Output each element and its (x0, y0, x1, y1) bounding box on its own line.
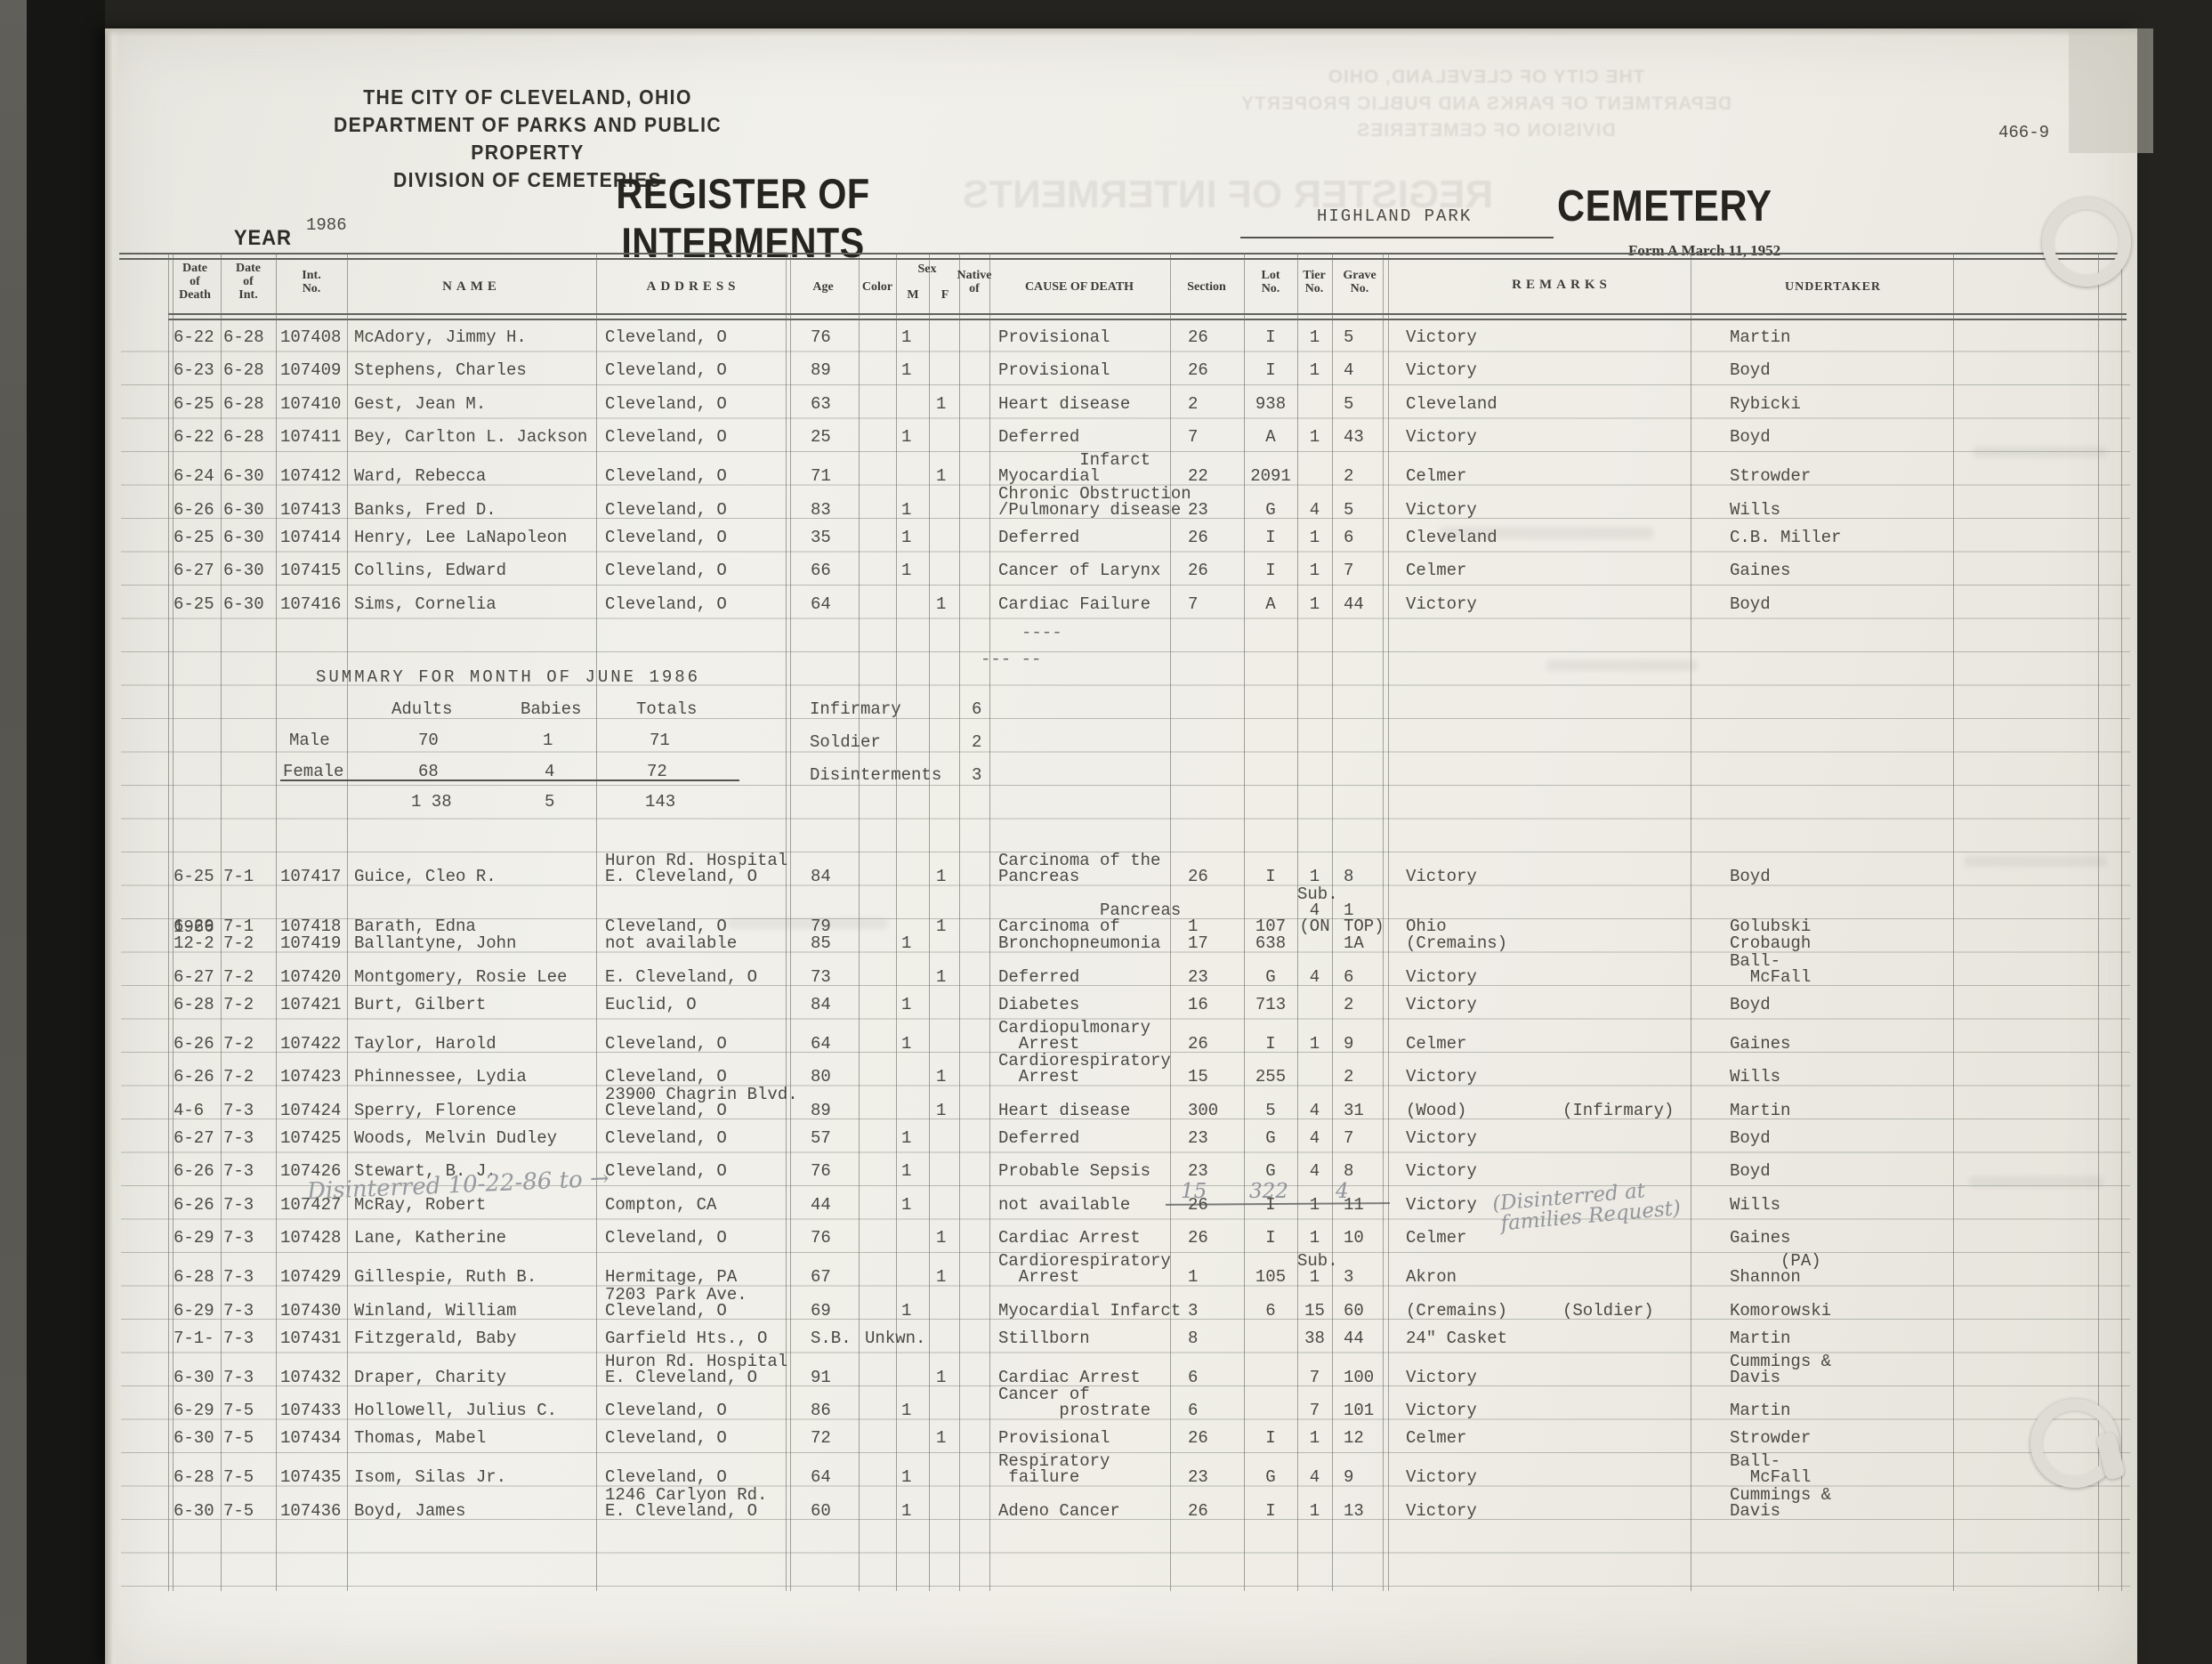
table-row: 6-29 7-3 107428 Lane, Katherine Clevelan… (170, 1220, 1953, 1254)
monthly-summary: SUMMARY FOR MONTH OF JUNE 1986 Adults Ba… (170, 669, 1953, 852)
summary-total-rule (280, 779, 739, 781)
binder-ring-top (2042, 198, 2131, 287)
cell-color (859, 612, 896, 619)
col-header-sex: Sex (918, 263, 937, 276)
cell-native-of (959, 1013, 989, 1020)
cell-interment-number: 107421 (276, 997, 347, 1020)
summary-title: SUMMARY FOR MONTH OF JUNE 1986 (316, 669, 700, 685)
cell-date-of-death: 6-27 (170, 562, 221, 586)
table-row: 6-30 7-5 107434 Thomas, Mabel Cleveland,… (170, 1420, 1953, 1454)
table-row: 6-29 7-1 107418 Barath, Edna Cleveland, … (170, 886, 1953, 920)
cell-sex-male (896, 1246, 929, 1253)
cell-age: 76 (787, 329, 859, 352)
cell-date-of-death: 6-23 (170, 362, 221, 385)
cell-color (859, 1519, 896, 1526)
cell-name: Gest, Jean M. (347, 396, 596, 419)
cell-name: Burt, Gilbert (347, 997, 596, 1020)
col-header-lot-number: Lot No. (1262, 269, 1280, 295)
remark-text: Celmer (1406, 468, 1562, 484)
cell-cause-of-death: Probable Sepsis (989, 1163, 1170, 1186)
cell-tier: 1 (1297, 562, 1332, 586)
cell-remarks: Celmer (1388, 562, 1691, 586)
cell-name: Bey, Carlton L. Jackson (347, 429, 596, 452)
remark-text: Victory (1406, 868, 1562, 885)
cell-undertaker: Boyd (1691, 429, 1953, 452)
cell-section: 26 (1170, 529, 1244, 553)
summary-female-babies: 4 (545, 763, 554, 779)
cell-date-of-interment: 7-2 (221, 997, 276, 1020)
cell-color (859, 578, 896, 586)
cemetery-word: CEMETERY (1557, 182, 1772, 231)
cell-name: McAdory, Jimmy H. (347, 329, 596, 352)
cell-native-of (959, 1519, 989, 1526)
cell-sex-female (929, 1346, 959, 1353)
form-note: Form A March 11, 1952 (1628, 242, 1780, 260)
cell-color (859, 1013, 896, 1020)
cell-remarks: Victory (1388, 329, 1691, 352)
cell-cause-of-death: Stillborn (989, 1330, 1170, 1353)
col-header-date-of-interment: Date of Int. (236, 262, 261, 302)
lot-text: 713 (1255, 995, 1286, 1014)
cell-interment-number: 107410 (276, 396, 347, 419)
section-text: 23 (1188, 1161, 1208, 1181)
cell-native-of (959, 1179, 989, 1186)
cell-tier (1297, 1013, 1332, 1020)
cell-color (859, 1213, 896, 1220)
cell-section: 8 (1170, 1330, 1244, 1353)
cell-age: 76 (787, 1230, 859, 1253)
cell-address: Cleveland, O (596, 1430, 787, 1453)
cell-name: Sims, Cornelia (347, 596, 596, 619)
cell-address: Euclid, O (596, 997, 787, 1020)
column-line (2121, 253, 2122, 1591)
cell-grave: 10 (1332, 1230, 1388, 1253)
cell-grave: 5 (1332, 329, 1388, 352)
cell-date-of-interment: 6-28 (221, 429, 276, 452)
lot-text: 5 (1265, 1101, 1275, 1120)
cell-name: McRay, Robert (347, 1197, 596, 1220)
cell-name: Collins, Edward (347, 562, 596, 586)
col-header-native-of: Native of (957, 269, 992, 295)
cell-address: Cleveland, O (596, 596, 787, 619)
cell-sex-female: 1 (929, 1230, 959, 1253)
cell-name: Lane, Katherine (347, 1230, 596, 1253)
cell-tier: 1 (1297, 596, 1332, 619)
col-header-date-of-death: Date of Death (179, 262, 211, 302)
cell-date-of-interment: 7-3 (221, 1230, 276, 1253)
cell-remarks: Cleveland (1388, 529, 1691, 553)
section-text: 26 (1188, 1428, 1208, 1448)
cell-address: Cleveland, O (596, 1163, 787, 1186)
cell-sex-female (929, 545, 959, 553)
summary-male-total: 71 (650, 732, 670, 748)
cell-grave: 4 (1332, 362, 1388, 385)
grave-text: 7 (1344, 1128, 1353, 1148)
cell-lot: A (1244, 596, 1297, 619)
remark-text: Victory (1406, 502, 1562, 518)
cell-sex-male: 1 (896, 362, 929, 385)
year-value: 1986 (306, 217, 347, 233)
cell-interment-number: 107414 (276, 529, 347, 553)
remark-text: Victory (1406, 362, 1562, 378)
col-header-age: Age (812, 280, 833, 294)
cell-color (859, 1146, 896, 1153)
cell-address: Cleveland, O (596, 396, 787, 419)
cell-cause-of-death: Deferred (989, 429, 1170, 452)
cell-sex-male: 1 (896, 1503, 929, 1526)
cell-date-of-death: 6-25 (170, 396, 221, 419)
cell-age: 76 (787, 1163, 859, 1186)
col-header-interment-number: Int. No. (302, 269, 320, 295)
remark-text: Victory (1406, 1469, 1562, 1485)
grave-text: 60 (1344, 1301, 1364, 1321)
cell-sex-female (929, 1179, 959, 1186)
cell-section: 26 (1170, 329, 1244, 352)
cell-native-of (959, 412, 989, 419)
cell-undertaker: Martin (1691, 1330, 1953, 1353)
cell-color (859, 445, 896, 452)
cell-undertaker: Boyd (1691, 596, 1953, 619)
cell-tier: 1 (1297, 329, 1332, 352)
col-header-address: ADDRESS (646, 280, 739, 294)
cell-remarks: Victory (1388, 997, 1691, 1020)
cell-cause-of-death: Cardiac Arrest (989, 1230, 1170, 1253)
cell-interment-number: 107425 (276, 1130, 347, 1153)
cell-sex-female: 1 (929, 596, 959, 619)
separator-block: ---- --- -- (170, 619, 1953, 669)
cell-age: 66 (787, 562, 859, 586)
cell-lot: 322I (1244, 1197, 1297, 1220)
cell-undertaker: Gaines (1691, 562, 1953, 586)
cell-name: Stephens, Charles (347, 362, 596, 385)
cell-sex-female (929, 445, 959, 452)
col-header-name: NAME (442, 280, 501, 294)
summary-stat-label: Disinterments (810, 767, 941, 783)
cell-date-of-death: 7-1- (170, 1330, 221, 1353)
summary-total-all: 143 (645, 794, 675, 810)
cell-date-of-death: 6-30 (170, 1430, 221, 1453)
cell-address: Garfield Hts., O (596, 1330, 787, 1353)
cell-date-of-interment: 6-28 (221, 396, 276, 419)
remark-text: Celmer (1406, 1230, 1562, 1246)
cell-grave: 7 (1332, 1130, 1388, 1153)
cell-color (859, 345, 896, 352)
table-row: 6-28 7-2 107421 Burt, Gilbert Euclid, O … (170, 986, 1953, 1020)
column-line (2098, 253, 2099, 1591)
lot-text: I (1265, 1501, 1275, 1521)
summary-male-babies: 1 (543, 732, 553, 748)
year-label: YEAR (234, 226, 292, 251)
cell-native-of (959, 578, 989, 586)
cell-interment-number: 107409 (276, 362, 347, 385)
scan-background: THE CITY OF CLEVELAND, OHIO DEPARTMENT O… (0, 0, 2212, 1664)
table-row: 6-28 7-5 107435 Isom, Silas Jr. Clevelan… (170, 1453, 1953, 1487)
summary-female-label: Female (283, 763, 343, 779)
cell-section: 26 (1170, 362, 1244, 385)
cell-sex-male (896, 412, 929, 419)
cell-lot: 713 (1244, 997, 1297, 1020)
cell-name: Boyd, James (347, 1503, 596, 1526)
lot-text: I (1265, 867, 1275, 886)
register-table: 6-22 6-28 107408 McAdory, Jimmy H. Cleve… (170, 319, 1953, 1520)
grave-text: 13 (1344, 1501, 1364, 1521)
cell-interment-number: 107411 (276, 429, 347, 452)
cell-address: Cleveland, O (596, 1230, 787, 1253)
cell-remarks: (Disinterred at families Request)Victory (1388, 1197, 1691, 1220)
section-text: 23 (1188, 967, 1208, 987)
col-header-sex-female: F (941, 288, 949, 302)
cell-age: 84 (787, 997, 859, 1020)
cell-sex-female (929, 1013, 959, 1020)
grave-text: 9 (1344, 1034, 1353, 1054)
cell-sex-female (929, 1213, 959, 1220)
table-row: 6-25 6-30 107414 Henry, Lee LaNapoleon C… (170, 519, 1953, 553)
remark-secondary: (Infirmary) (1562, 1101, 1674, 1120)
summary-female-adults: 68 (418, 763, 439, 779)
cell-address: Cleveland, O (596, 329, 787, 352)
cell-date-of-interment: 7-3 (221, 1330, 276, 1353)
col-header-cause-of-death: CAUSE OF DEATH (1025, 280, 1134, 294)
table-row: 6-25 6-30 107416 Sims, Cornelia Clevelan… (170, 586, 1953, 619)
remark-text: (Cremains) (1406, 1303, 1562, 1319)
cell-undertaker: Rybicki (1691, 396, 1953, 419)
cell-undertaker: Boyd (1691, 997, 1953, 1020)
grave-text: 6 (1344, 967, 1353, 987)
cell-date-of-death: 6-25 (170, 596, 221, 619)
cell-tier (1297, 412, 1332, 419)
cell-date-of-interment: 6-30 (221, 529, 276, 553)
cell-section: 26 (1170, 1230, 1244, 1253)
cell-age: 63 (787, 396, 859, 419)
cell-undertaker: Gaines (1691, 1230, 1953, 1253)
cell-date-of-death: 6-29 (170, 1230, 221, 1253)
cell-date-of-death: 6-22 (170, 329, 221, 352)
cell-lot: A (1244, 429, 1297, 452)
cell-name: Fitzgerald, Baby (347, 1330, 596, 1353)
cell-address: Compton, CA (596, 1197, 787, 1220)
cell-section: 7 (1170, 429, 1244, 452)
summary-stat-label: Soldier (810, 734, 881, 750)
cell-tier: 1 (1297, 1430, 1332, 1453)
lot-text: G (1265, 967, 1275, 987)
cell-date-of-interment: 7-3 (221, 1197, 276, 1220)
col-header-undertaker: UNDERTAKER (1785, 280, 1881, 294)
cell-age: 64 (787, 596, 859, 619)
cell-lot: 938 (1244, 396, 1297, 419)
cell-grave: 7 (1332, 562, 1388, 586)
cell-sex-male: 1 (896, 1163, 929, 1186)
cell-native-of (959, 1213, 989, 1220)
cell-lot: I (1244, 329, 1297, 352)
header-border (168, 313, 2127, 315)
table-row: 6-27 6-30 107415 Collins, Edward Clevela… (170, 553, 1953, 586)
lot-text: I (1265, 1228, 1275, 1248)
grave-text: 8 (1344, 1161, 1353, 1181)
lot-text: G (1265, 1161, 1275, 1181)
cell-address: Cleveland, O (596, 1130, 787, 1153)
cell-native-of (959, 1446, 989, 1453)
page-stack-edge-top (105, 28, 2137, 36)
cell-sex-male: 1 (896, 1130, 929, 1153)
table-row: 7-1- 7-3 107431 Fitzgerald, Baby Garfiel… (170, 1320, 1953, 1353)
col-header-grave-number: Grave No. (1343, 269, 1376, 295)
table-row: 6-26 7-2 107422 Taylor, Harold Cleveland… (170, 1020, 1953, 1054)
cell-lot: I (1244, 1230, 1297, 1253)
table-row: 6-28 7-3 107429 Gillespie, Ruth B. Hermi… (170, 1253, 1953, 1287)
cell-date-of-death: 6-28 (170, 997, 221, 1020)
cell-sex-female (929, 1146, 959, 1153)
cell-lot: I (1244, 362, 1297, 385)
column-line (1953, 253, 1954, 1591)
cell-undertaker: Boyd (1691, 1130, 1953, 1153)
table-row: Disinterred 10-22-86 to → 6-26 7-3 10742… (170, 1186, 1953, 1220)
cell-remarks: Victory (1388, 596, 1691, 619)
summary-stat-label: Infirmary (810, 701, 901, 717)
cell-native-of (959, 445, 989, 452)
cell-color (859, 545, 896, 553)
cell-tier: 4 (1297, 1163, 1332, 1186)
lot-text: G (1265, 1128, 1275, 1148)
cell-interment-number: 107427 (276, 1197, 347, 1220)
cell-color (859, 1446, 896, 1453)
cell-native-of (959, 378, 989, 385)
grave-text: 31 (1344, 1101, 1364, 1120)
cell-tier: 4 (1297, 1130, 1332, 1153)
remark-text: Victory (1406, 997, 1562, 1013)
cell-cause-of-death: Adeno Cancer (989, 1503, 1170, 1526)
summary-male-label: Male (289, 732, 330, 748)
cell-address: Cleveland, O (596, 429, 787, 452)
remark-text: (Wood) (1406, 1103, 1562, 1119)
table-row: 6-27 7-2 107420 Montgomery, Rosie Lee E.… (170, 953, 1953, 987)
cell-age: 72 (787, 1430, 859, 1453)
col-header-color: Color (862, 280, 892, 294)
col-header-sex-male: M (907, 288, 918, 302)
cell-age: 35 (787, 529, 859, 553)
lot-text: 6 (1265, 1301, 1275, 1321)
summary-total-babies: 5 (545, 794, 554, 810)
cell-sex-female (929, 378, 959, 385)
cell-grave: 6 (1332, 529, 1388, 553)
cell-date-of-interment: 6-30 (221, 596, 276, 619)
cell-undertaker: Boyd (1691, 362, 1953, 385)
section-text: 26 (1188, 867, 1208, 886)
cell-section: 23 (1170, 1130, 1244, 1153)
cell-date-of-death: 6-22 (170, 429, 221, 452)
cell-sex-male: 1 (896, 329, 929, 352)
cell-remarks: Victory (1388, 1130, 1691, 1153)
agency-line1: THE CITY OF CLEVELAND, OHIO (311, 84, 745, 111)
cell-address: 1246 Carlyon Rd. E. Cleveland, O (596, 1487, 787, 1526)
cell-section: 26 (1170, 562, 1244, 586)
cell-native-of (959, 345, 989, 352)
cell-date-of-death: 6-30 (170, 1503, 221, 1526)
cell-native-of (959, 545, 989, 553)
cell-remarks: 24" Casket (1388, 1330, 1691, 1353)
section-text: 6 (1188, 1368, 1198, 1387)
section-text: 1 (1188, 1267, 1198, 1287)
page-stack-edge-left (105, 28, 119, 1664)
cell-cause-of-death: Cancer of Larynx (989, 562, 1170, 586)
cell-interment-number: 107431 (276, 1330, 347, 1353)
table-row: 6-25 7-1 107417 Guice, Cleo R. Huron Rd.… (170, 852, 1953, 886)
table-row: 6-26 6-30 107413 Banks, Fred D. Clevelan… (170, 486, 1953, 520)
cell-cause-of-death: Provisional (989, 329, 1170, 352)
table-row: 4-6 7-3 107424 Sperry, Florence 23900 Ch… (170, 1086, 1953, 1120)
cell-date-of-interment: 6-28 (221, 329, 276, 352)
cell-age: S.B. (787, 1330, 859, 1353)
cell-grave: 43 (1332, 429, 1388, 452)
section-text: 15 (1188, 1067, 1208, 1086)
cell-address: Cleveland, O (596, 362, 787, 385)
table-row: 6-22 6-28 107411 Bey, Carlton L. Jackson… (170, 419, 1953, 453)
summary-col-adults: Adults (392, 701, 452, 717)
register-page: THE CITY OF CLEVELAND, OHIO DEPARTMENT O… (105, 28, 2137, 1664)
cell-native-of (959, 1146, 989, 1153)
remark-text: Victory (1406, 1130, 1562, 1146)
cell-sex-male (896, 612, 929, 619)
cell-sex-male (896, 1346, 929, 1353)
handwritten-grave: 4 (1336, 1183, 1349, 1200)
cemetery-name: HIGHLAND PARK (1317, 208, 1472, 224)
grave-text: 3 (1344, 1267, 1353, 1287)
remark-text: Cleveland (1406, 529, 1562, 545)
cell-age: 89 (787, 362, 859, 385)
remark-text: Cleveland (1406, 396, 1562, 412)
cell-grave: 2 (1332, 997, 1388, 1020)
cell-cause-of-death: Deferred (989, 529, 1170, 553)
section-text: 26 (1188, 1501, 1208, 1521)
summary-col-totals: Totals (636, 701, 697, 717)
table-row: 6-26 7-2 107423 Phinnessee, Lydia Clevel… (170, 1053, 1953, 1086)
grave-text: 44 (1344, 1329, 1364, 1348)
cell-name: Henry, Lee LaNapoleon (347, 529, 596, 553)
table-row: 6-30 7-5 107436 Boyd, James 1246 Carlyon… (170, 1487, 1953, 1521)
cell-cause-of-death: Provisional (989, 362, 1170, 385)
cell-age: 44 (787, 1197, 859, 1220)
table-row: 6-25 6-28 107410 Gest, Jean M. Cleveland… (170, 385, 1953, 419)
grave-text: 8 (1344, 867, 1353, 886)
grave-text: 2 (1344, 1067, 1353, 1086)
grave-text: 9 (1344, 1467, 1353, 1487)
cell-color (859, 1179, 896, 1186)
summary-stat-value: 2 (972, 734, 981, 750)
cell-section: 1526 (1170, 1197, 1244, 1220)
cell-native-of (959, 1346, 989, 1353)
cell-sex-male: 1 (896, 1197, 929, 1220)
section-text: 8 (1188, 1329, 1198, 1348)
cell-section: 26 (1170, 1503, 1244, 1526)
cell-sex-male: 1 (896, 997, 929, 1020)
section-text: 3 (1188, 1301, 1198, 1321)
remark-text: Victory (1406, 1069, 1562, 1085)
grave-text: 1A (1344, 933, 1364, 953)
cell-sex-female (929, 1519, 959, 1526)
lot-text: 255 (1255, 1067, 1286, 1086)
cell-cause-of-death: Diabetes (989, 997, 1170, 1020)
cell-undertaker: Cummings & Davis (1691, 1487, 1953, 1526)
cell-interment-number: 107436 (276, 1503, 347, 1526)
cell-cause-of-death: Deferred (989, 1130, 1170, 1153)
cell-interment-number: 107428 (276, 1230, 347, 1253)
cell-color (859, 1246, 896, 1253)
cell-cause-of-death: Heart disease (989, 396, 1170, 419)
summary-stat-value: 6 (972, 701, 981, 717)
cell-grave: 5 (1332, 396, 1388, 419)
cell-sex-male: 1 (896, 429, 929, 452)
cell-age: 60 (787, 1503, 859, 1526)
cell-grave: 411 (1332, 1197, 1388, 1220)
